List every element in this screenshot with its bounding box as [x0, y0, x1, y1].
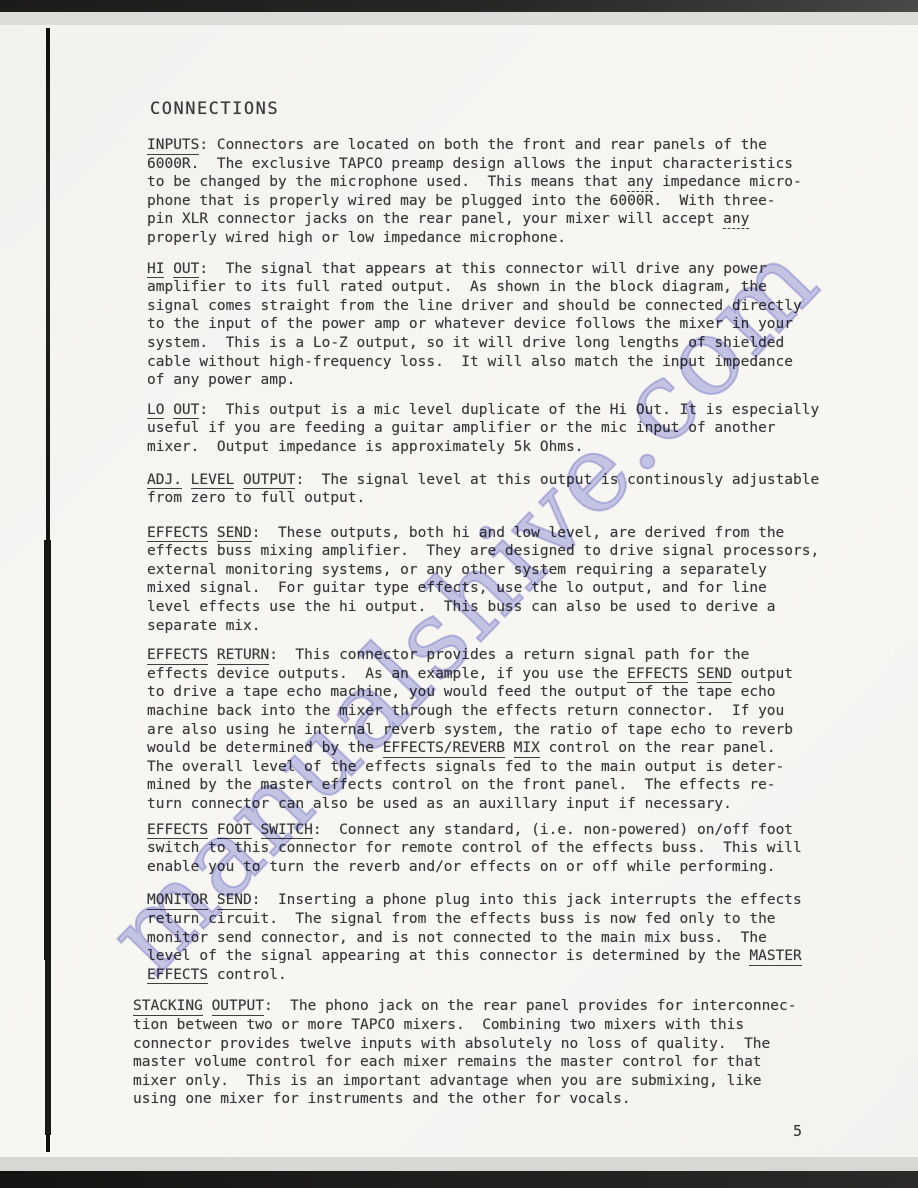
text-run: effects buss mixing amplifier. They are …: [147, 543, 819, 559]
text-run: enable you to turn the reverb and/or eff…: [147, 859, 776, 875]
text-line: LO OUT: This output is a mic level dupli…: [147, 401, 819, 420]
underlined-term: INPUTS: [147, 137, 199, 155]
text-line: phone that is properly wired may be plug…: [147, 192, 819, 211]
page-title: CONNECTIONS: [150, 99, 279, 119]
text-line: MONITOR SEND: Inserting a phone plug int…: [147, 891, 819, 910]
text-run: mixed signal. For guitar type effects, u…: [147, 580, 767, 596]
underlined-term: EFFECTS: [147, 525, 208, 543]
underlined-term: HI: [147, 261, 164, 279]
paragraph-adj-level-output: ADJ. LEVEL OUTPUT: The signal level at t…: [147, 471, 819, 508]
underlined-term: SWITCH: [261, 822, 313, 840]
text-run: useful if you are feeding a guitar ampli…: [147, 420, 776, 436]
text-line: to the input of the power amp or whateve…: [147, 315, 819, 334]
underlined-term: LEVEL: [191, 472, 235, 490]
text-line: EFFECTS RETURN: This connector provides …: [147, 646, 819, 665]
text-run: pin XLR connector jacks on the rear pane…: [147, 211, 723, 227]
text-run: [208, 647, 217, 663]
underlined-term: OUT: [173, 261, 199, 279]
text-line: signal comes straight from the line driv…: [147, 297, 819, 316]
text-run: master volume control for each mixer rem…: [133, 1054, 762, 1070]
text-run: [208, 525, 217, 541]
text-run: mixer only. This is an important advanta…: [133, 1073, 762, 1089]
underlined-term: EFFECTS: [627, 666, 688, 684]
text-run: : This output is a mic level duplicate o…: [199, 402, 819, 418]
text-line: properly wired high or low impedance mic…: [147, 229, 819, 248]
underlined-term: FOOT: [217, 822, 252, 840]
text-line: external monitoring systems, or any othe…: [147, 561, 819, 580]
text-run: mined by the master effects control on t…: [147, 777, 776, 793]
page-number: 5: [793, 1122, 802, 1140]
text-line: mined by the master effects control on t…: [147, 776, 819, 795]
text-run: : Connect any standard, (i.e. non-powere…: [313, 822, 793, 838]
text-run: [203, 998, 212, 1014]
text-run: [505, 740, 514, 756]
text-line: mixer only. This is an important advanta…: [133, 1072, 819, 1091]
paragraph-effects-send: EFFECTS SEND: These outputs, both hi and…: [147, 524, 819, 636]
text-line: amplifier to its full rated output. As s…: [147, 278, 819, 297]
underlined-term: STACKING: [133, 998, 203, 1016]
text-run: return circuit. The signal from the effe…: [147, 911, 776, 927]
underlined-term: ADJ.: [147, 472, 182, 490]
text-run: [208, 892, 217, 908]
underlined-term: any: [723, 211, 749, 229]
text-line: cable without high-frequency loss. It wi…: [147, 353, 819, 372]
text-line: of any power amp.: [147, 371, 819, 390]
scanner-edge-top: [0, 0, 918, 12]
underlined-term: OUTPUT: [212, 998, 264, 1016]
underlined-term: EFFECTS/REVERB: [383, 740, 505, 758]
text-line: to drive a tape echo machine, you would …: [147, 683, 819, 702]
text-run: [234, 472, 243, 488]
underlined-term: MONITOR: [147, 892, 208, 910]
text-line: effects device outputs. As an example, i…: [147, 665, 819, 684]
text-line: pin XLR connector jacks on the rear pane…: [147, 210, 819, 229]
text-run: turn connector can also be used as an au…: [147, 796, 732, 812]
text-line: turn connector can also be used as an au…: [147, 795, 819, 814]
text-run: : Inserting a phone plug into this jack …: [252, 892, 802, 908]
text-line: system. This is a Lo-Z output, so it wil…: [147, 334, 819, 353]
scanner-edge-bottom: [0, 1171, 918, 1188]
paragraph-inputs: INPUTS: Connectors are located on both t…: [147, 136, 819, 248]
underlined-term: MASTER: [749, 948, 801, 966]
text-run: [182, 472, 191, 488]
underlined-term: EFFECTS: [147, 822, 208, 840]
text-run: cable without high-frequency loss. It wi…: [147, 354, 793, 370]
text-run: : The signal level at this output is con…: [295, 472, 819, 488]
text-line: useful if you are feeding a guitar ampli…: [147, 419, 819, 438]
text-line: 6000R. The exclusive TAPCO preamp design…: [147, 155, 819, 174]
text-run: level of the signal appearing at this co…: [147, 948, 749, 964]
text-line: level of the signal appearing at this co…: [147, 947, 819, 966]
underlined-term: MIX: [514, 740, 540, 758]
text-line: effects buss mixing amplifier. They are …: [147, 542, 819, 561]
text-run: switch to this connector for remote cont…: [147, 840, 802, 856]
text-line: EFFECTS control.: [147, 966, 819, 985]
text-run: using one mixer for instruments and the …: [133, 1091, 631, 1107]
text-run: impedance micro-: [653, 174, 801, 190]
text-run: signal comes straight from the line driv…: [147, 298, 802, 314]
underlined-term: SEND: [217, 892, 252, 910]
scanned-page: CONNECTIONS INPUTS: Connectors are locat…: [0, 0, 918, 1188]
text-run: [164, 402, 173, 418]
text-run: amplifier to its full rated output. As s…: [147, 279, 767, 295]
document-body: INPUTS: Connectors are located on both t…: [147, 136, 819, 1109]
text-run: properly wired high or low impedance mic…: [147, 230, 566, 246]
text-run: from zero to full output.: [147, 490, 365, 506]
binding-edge-line: [44, 540, 51, 960]
paragraph-lo-out: LO OUT: This output is a mic level dupli…: [147, 401, 819, 457]
text-line: EFFECTS SEND: These outputs, both hi and…: [147, 524, 819, 543]
text-run: mixer. Output impedance is approximately…: [147, 439, 584, 455]
text-run: effects device outputs. As an example, i…: [147, 666, 627, 682]
text-line: from zero to full output.: [147, 489, 819, 508]
text-line: INPUTS: Connectors are located on both t…: [147, 136, 819, 155]
underlined-term: SEND: [697, 666, 732, 684]
text-line: EFFECTS FOOT SWITCH: Connect any standar…: [147, 821, 819, 840]
text-run: to be changed by the microphone used. Th…: [147, 174, 627, 190]
text-line: STACKING OUTPUT: The phono jack on the r…: [133, 997, 819, 1016]
text-run: [208, 822, 217, 838]
paper-edge-bottom: [0, 1157, 918, 1171]
text-run: : The phono jack on the rear panel provi…: [264, 998, 797, 1014]
text-run: : This connector provides a return signa…: [269, 647, 749, 663]
paper-edge-top: [0, 12, 918, 25]
text-line: monitor send connector, and is not conne…: [147, 929, 819, 948]
text-run: connector provides twelve inputs with ab…: [133, 1036, 770, 1052]
text-run: : These outputs, both hi and low level, …: [252, 525, 785, 541]
text-run: separate mix.: [147, 618, 261, 634]
text-line: ADJ. LEVEL OUTPUT: The signal level at t…: [147, 471, 819, 490]
underlined-term: RETURN: [217, 647, 269, 665]
text-run: are also using he internal reverb system…: [147, 722, 793, 738]
text-line: master volume control for each mixer rem…: [133, 1053, 819, 1072]
text-run: [688, 666, 697, 682]
text-line: separate mix.: [147, 617, 819, 636]
underlined-term: EFFECTS: [147, 647, 208, 665]
text-run: to the input of the power amp or whateve…: [147, 316, 793, 332]
text-run: control.: [208, 967, 287, 983]
text-run: The overall level of the effects signals…: [147, 759, 784, 775]
text-run: to drive a tape echo machine, you would …: [147, 684, 776, 700]
text-run: [252, 822, 261, 838]
text-line: to be changed by the microphone used. Th…: [147, 173, 819, 192]
text-line: mixed signal. For guitar type effects, u…: [147, 579, 819, 598]
text-run: control on the rear panel.: [540, 740, 776, 756]
text-run: tion between two or more TAPCO mixers. C…: [133, 1017, 744, 1033]
underlined-term: any: [627, 174, 653, 192]
text-run: external monitoring systems, or any othe…: [147, 562, 767, 578]
text-line: switch to this connector for remote cont…: [147, 839, 819, 858]
underlined-term: OUT: [173, 402, 199, 420]
text-line: tion between two or more TAPCO mixers. C…: [133, 1016, 819, 1035]
text-line: level effects use the hi output. This bu…: [147, 598, 819, 617]
paragraph-effects-foot-switch: EFFECTS FOOT SWITCH: Connect any standar…: [147, 821, 819, 877]
text-run: phone that is properly wired may be plug…: [147, 193, 776, 209]
text-run: : The signal that appears at this connec…: [199, 261, 766, 277]
underlined-term: SEND: [217, 525, 252, 543]
text-line: enable you to turn the reverb and/or eff…: [147, 858, 819, 877]
text-line: using one mixer for instruments and the …: [133, 1090, 819, 1109]
text-line: are also using he internal reverb system…: [147, 721, 819, 740]
underlined-term: EFFECTS: [147, 967, 208, 985]
text-line: return circuit. The signal from the effe…: [147, 910, 819, 929]
text-run: monitor send connector, and is not conne…: [147, 930, 767, 946]
underlined-term: LO: [147, 402, 164, 420]
text-line: would be determined by the EFFECTS/REVER…: [147, 739, 819, 758]
text-run: level effects use the hi output. This bu…: [147, 599, 776, 615]
paragraph-stacking-output: STACKING OUTPUT: The phono jack on the r…: [133, 997, 819, 1109]
text-run: : Connectors are located on both the fro…: [199, 137, 766, 153]
text-line: connector provides twelve inputs with ab…: [133, 1035, 819, 1054]
binding-edge-line: [45, 960, 51, 1135]
text-run: [164, 261, 173, 277]
text-line: mixer. Output impedance is approximately…: [147, 438, 819, 457]
text-run: output: [732, 666, 793, 682]
text-run: of any power amp.: [147, 372, 295, 388]
text-line: machine back into the mixer through the …: [147, 702, 819, 721]
text-run: would be determined by the: [147, 740, 383, 756]
text-run: 6000R. The exclusive TAPCO preamp design…: [147, 156, 793, 172]
text-run: machine back into the mixer through the …: [147, 703, 784, 719]
text-line: The overall level of the effects signals…: [147, 758, 819, 777]
paragraph-effects-return: EFFECTS RETURN: This connector provides …: [147, 646, 819, 813]
underlined-term: OUTPUT: [243, 472, 295, 490]
paragraph-hi-out: HI OUT: The signal that appears at this …: [147, 260, 819, 390]
paragraph-monitor-send: MONITOR SEND: Inserting a phone plug int…: [147, 891, 819, 984]
text-run: system. This is a Lo-Z output, so it wil…: [147, 335, 784, 351]
text-line: HI OUT: The signal that appears at this …: [147, 260, 819, 279]
